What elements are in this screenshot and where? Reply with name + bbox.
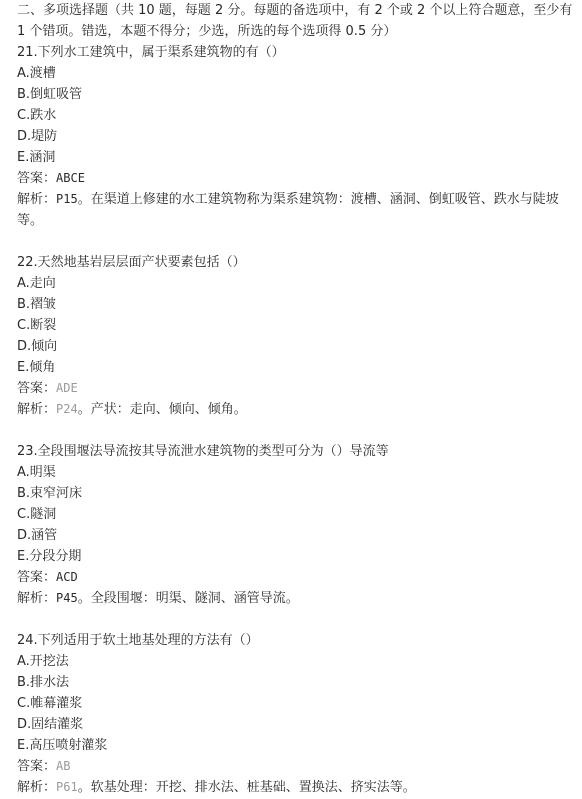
answer-value: ADE [56,381,78,395]
analysis-row: 解析：P61。软基处理：开挖、排水法、桩基础、置换法、挤实法等。 [17,777,574,798]
analysis-page: P45 [56,591,78,605]
option-e: E.涵洞 [17,147,574,168]
answer-row: 答案：ADE [17,378,574,399]
question-24: 24.下列适用于软土地基处理的方法有（） A.开挖法 B.排水法 C.帷幕灌浆 … [17,630,574,798]
option-b: B.褶皱 [17,294,574,315]
option-d: D.堤防 [17,126,574,147]
option-c: C.跌水 [17,105,574,126]
question-stem: 21.下列水工建筑中，属于渠系建筑物的有（） [17,42,574,63]
answer-label: 答案： [17,759,56,774]
section-intro: 二、多项选择题（共 10 题，每题 2 分。每题的备选项中，有 2 个或 2 个… [17,0,574,42]
analysis-row: 解析：P24。产状：走向、倾向、倾角。 [17,399,574,420]
option-b: B.排水法 [17,672,574,693]
analysis-row: 解析：P15。在渠道上修建的水工建筑物称为渠系建筑物：渡槽、涵洞、倒虹吸管、跌水… [17,189,574,231]
spacer [17,609,574,630]
spacer [17,231,574,252]
analysis-label: 解析： [17,591,56,606]
exam-document: 二、多项选择题（共 10 题，每题 2 分。每题的备选项中，有 2 个或 2 个… [0,0,582,798]
answer-label: 答案： [17,381,56,396]
option-a: A.开挖法 [17,651,574,672]
answer-row: 答案：ABCE [17,168,574,189]
spacer [17,420,574,441]
option-e: E.高压喷射灌浆 [17,735,574,756]
answer-value: ACD [56,570,78,584]
question-22: 22.天然地基岩层层面产状要素包括（） A.走向 B.褶皱 C.断裂 D.倾向 … [17,252,574,420]
question-stem: 24.下列适用于软土地基处理的方法有（） [17,630,574,651]
answer-label: 答案： [17,570,56,585]
option-d: D.固结灌浆 [17,714,574,735]
option-e: E.倾角 [17,357,574,378]
answer-label: 答案： [17,171,56,186]
option-a: A.走向 [17,273,574,294]
option-a: A.明渠 [17,462,574,483]
option-e: E.分段分期 [17,546,574,567]
option-a: A.渡槽 [17,63,574,84]
question-21: 21.下列水工建筑中，属于渠系建筑物的有（） A.渡槽 B.倒虹吸管 C.跌水 … [17,42,574,231]
analysis-label: 解析： [17,780,56,795]
answer-value: ABCE [56,171,85,185]
analysis-text: 。在渠道上修建的水工建筑物称为渠系建筑物：渡槽、涵洞、倒虹吸管、跌水与陡坡等。 [17,192,559,228]
analysis-page: P24 [56,402,78,416]
analysis-text: 。产状：走向、倾向、倾角。 [78,402,247,417]
answer-row: 答案：AB [17,756,574,777]
option-b: B.倒虹吸管 [17,84,574,105]
answer-row: 答案：ACD [17,567,574,588]
option-c: C.帷幕灌浆 [17,693,574,714]
analysis-page: P61 [56,780,78,794]
analysis-label: 解析： [17,402,56,417]
option-c: C.隧洞 [17,504,574,525]
option-b: B.束窄河床 [17,483,574,504]
question-stem: 23.全段围堰法导流按其导流泄水建筑物的类型可分为（）导流等 [17,441,574,462]
analysis-text: 。软基处理：开挖、排水法、桩基础、置换法、挤实法等。 [78,780,416,795]
question-stem: 22.天然地基岩层层面产状要素包括（） [17,252,574,273]
option-d: D.涵管 [17,525,574,546]
analysis-page: P15 [56,192,78,206]
question-23: 23.全段围堰法导流按其导流泄水建筑物的类型可分为（）导流等 A.明渠 B.束窄… [17,441,574,609]
analysis-row: 解析：P45。全段围堰：明渠、隧洞、涵管导流。 [17,588,574,609]
analysis-label: 解析： [17,192,56,207]
answer-value: AB [56,759,70,773]
analysis-text: 。全段围堰：明渠、隧洞、涵管导流。 [78,591,299,606]
option-c: C.断裂 [17,315,574,336]
option-d: D.倾向 [17,336,574,357]
